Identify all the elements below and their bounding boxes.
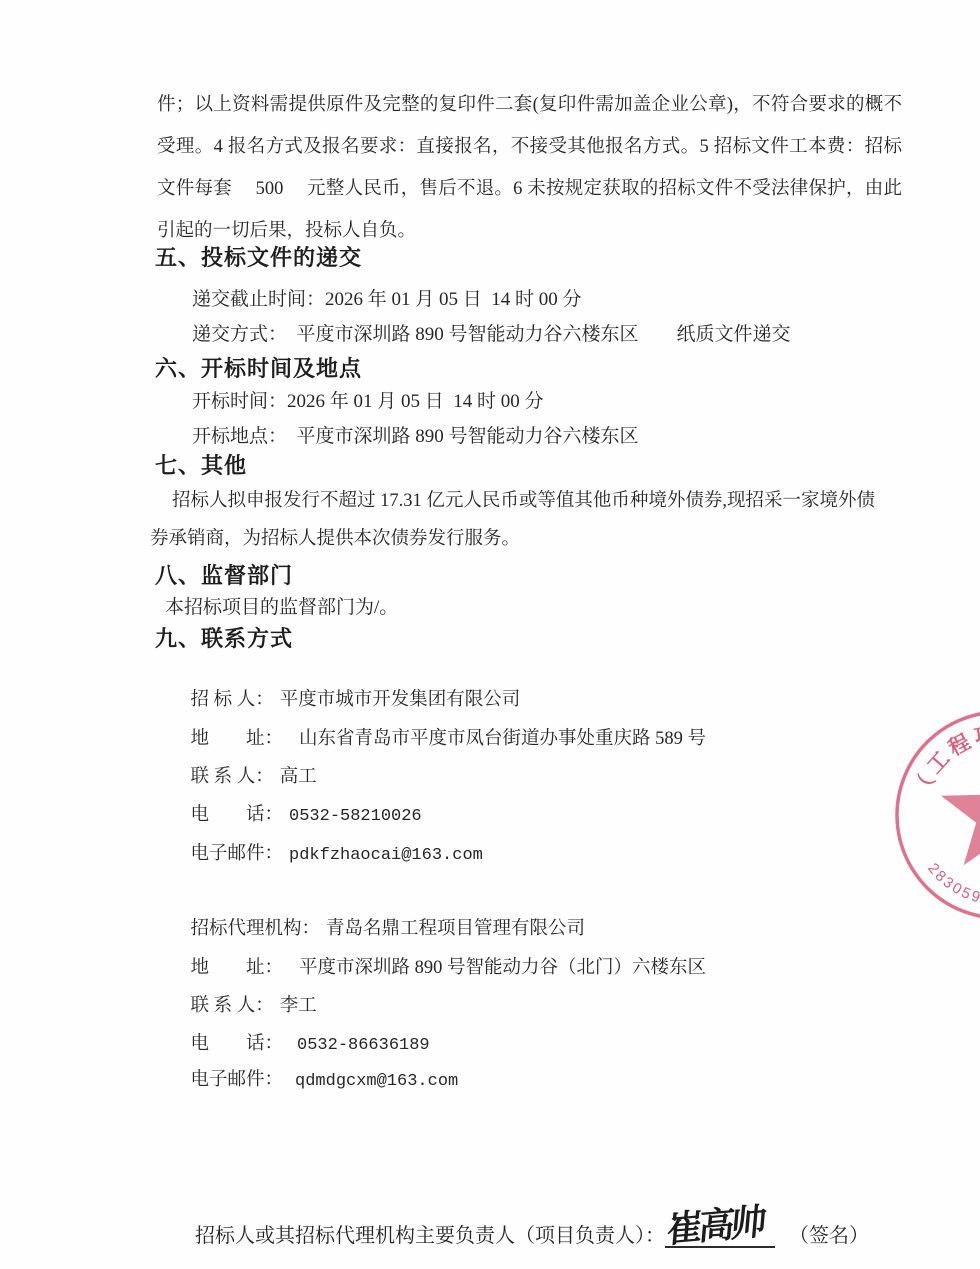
section-6-heading: 六、开标时间及地点: [155, 352, 362, 383]
tenderer-email-line: 电子邮件：pdkfzhaocai@163.com: [172, 818, 483, 886]
agency-email-line: 电子邮件：qdmdgcxm@163.com: [172, 1044, 458, 1112]
section-7-paragraph: 招标人拟申报发行不超过 17.31 亿元人民币或等值其他币种境外债券,现招采一家…: [150, 482, 890, 558]
intro-line-2: 受理。4 报名方式及报名要求：直接报名，不接受其他报名方式。5 招标文件工本费：…: [157, 137, 902, 157]
responsible-person-signature-line: 招标人或其招标代理机构主要负责人（项目负责人）：崔高帅（签名）: [175, 1193, 869, 1269]
tenderer-address-value: 山东省青岛市平度市凤台街道办事处重庆路 589 号: [299, 729, 706, 749]
submission-method-line: 递交方式： 平度市深圳路 890 号智能动力谷六楼东区 纸质文件递交: [192, 319, 791, 346]
section-5-heading: 五、投标文件的递交: [155, 241, 362, 272]
tenderer-email-label: 电子邮件：: [191, 844, 284, 864]
supervision-department-line: 本招标项目的监督部门为/。: [165, 592, 398, 619]
intro-line-3: 文件每套 500 元整人民币，售后不退。6 未按规定获取的招标文件不受法律保护，…: [157, 179, 902, 199]
scanned-tender-document-page: 件；以上资料需提供原件及完整的复印件二套(复印件需加盖企业公章)，不符合要求的概…: [0, 0, 980, 1269]
agency-email-label: 电子邮件：: [191, 1070, 284, 1090]
section-8-heading: 八、监督部门: [155, 559, 293, 590]
section-9-heading: 九、联系方式: [155, 622, 293, 653]
tenderer-email-value: pdkfzhaocai@163.com: [289, 846, 483, 865]
handwritten-signature: 崔高帅: [665, 1194, 765, 1254]
intro-line-4: 引起的一切后果，投标人自负。: [157, 221, 416, 241]
section-7-heading: 七、其他: [155, 449, 247, 480]
intro-line-1: 件；以上资料需提供原件及完整的复印件二套(复印件需加盖企业公章)，不符合要求的概…: [157, 95, 902, 115]
section-7-line-1: 招标人拟申报发行不超过 17.31 亿元人民币或等值其他币种境外债券,现招采一家…: [172, 491, 857, 511]
intro-paragraph: 件；以上资料需提供原件及完整的复印件二套(复印件需加盖企业公章)，不符合要求的概…: [157, 84, 902, 252]
signature-suffix-label: （签名）: [789, 1225, 869, 1247]
agency-email-value: qdmdgcxm@163.com: [295, 1072, 458, 1091]
submission-deadline-line: 递交截止时间：2026 年 01 月 05 日 14 时 00 分: [192, 284, 582, 311]
signature-underline: 崔高帅: [665, 1216, 775, 1248]
bid-opening-time-line: 开标时间：2026 年 01 月 05 日 14 时 00 分: [192, 386, 544, 413]
bid-opening-place-line: 开标地点： 平度市深圳路 890 号智能动力谷六楼东区: [192, 421, 639, 448]
signature-line-label: 招标人或其招标代理机构主要负责人（项目负责人）：: [195, 1225, 665, 1247]
agency-address-value: 平度市深圳路 890 号智能动力谷（北门）六楼东区: [299, 958, 706, 978]
red-company-seal-stamp: （工程项目 28305993: [860, 700, 980, 940]
